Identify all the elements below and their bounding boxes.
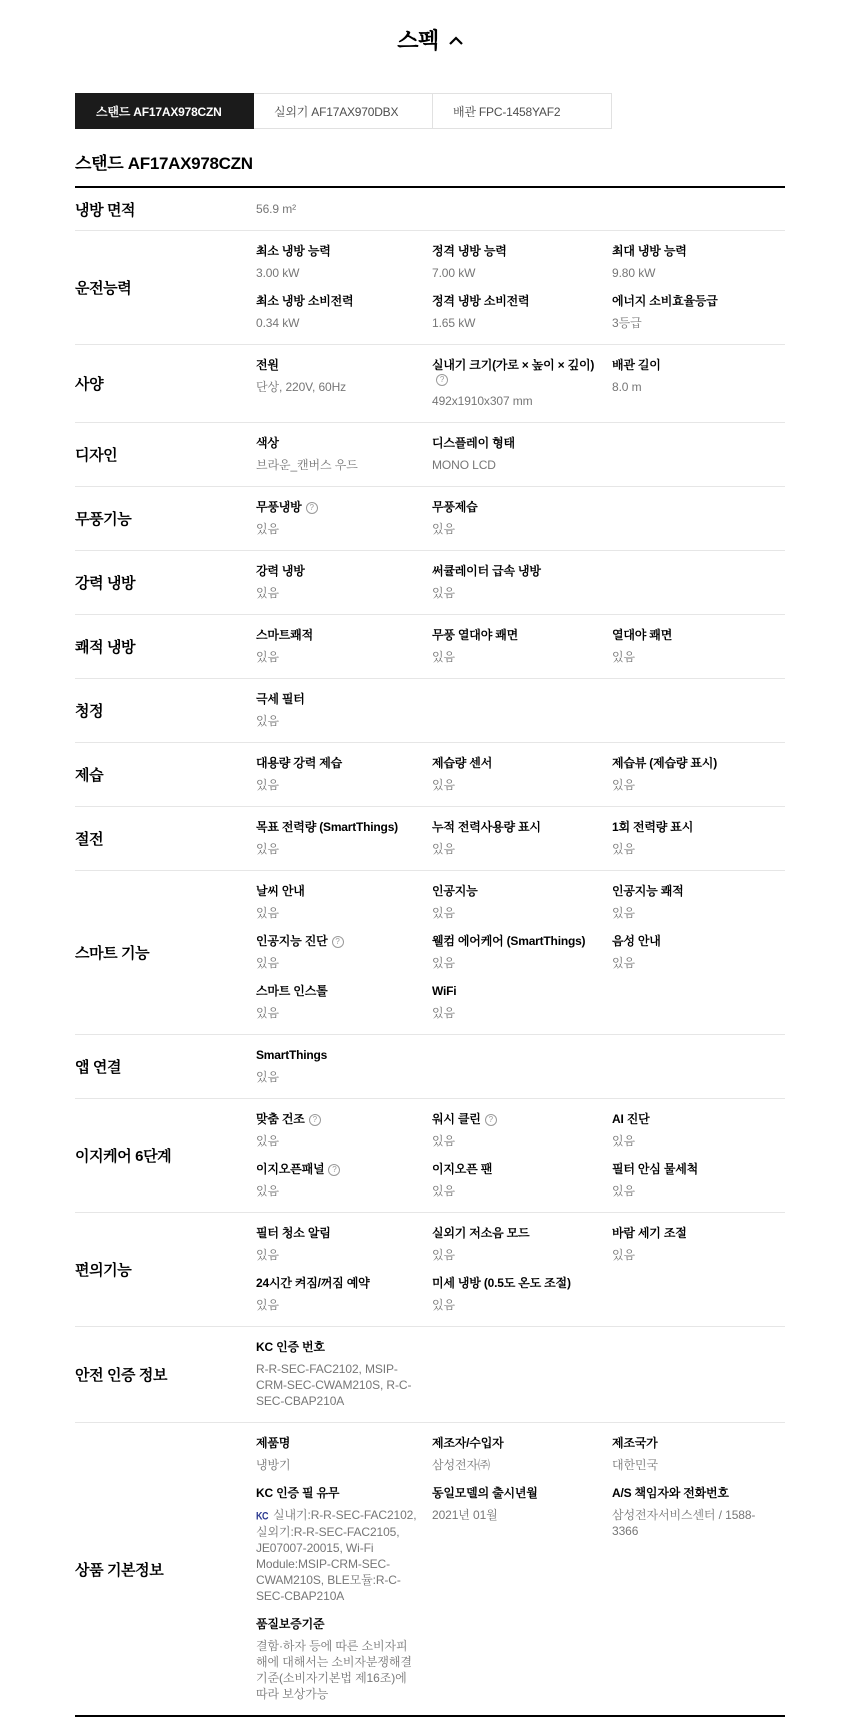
spec-cell-title-text: 대용량 강력 제습 [256, 756, 342, 770]
spec-cell-title-text: 무풍냉방 [256, 500, 302, 514]
spec-cell-title-text: KC 인증 번호 [256, 1340, 325, 1354]
spec-cell-title-text: 필터 안심 물세척 [612, 1162, 698, 1176]
spec-cell-value-text: 8.0 m [612, 380, 642, 394]
spec-row-cells: 제품명냉방기제조자/수입자삼성전자㈜제조국가대한민국KC 인증 필 유무KC실내… [256, 1432, 786, 1706]
spec-cell-title: 최대 냉방 능력 [612, 244, 772, 258]
spec-cell-title: 이지오픈 팬 [432, 1162, 598, 1176]
spec-cell-value: 1.65 kW [432, 315, 598, 331]
tab-model-0[interactable]: 스탠드 AF17AX978CZN [75, 93, 254, 129]
spec-row-cells: 필터 청소 알림있음실외기 저소음 모드있음바람 세기 조절있음24시간 켜짐/… [256, 1222, 786, 1317]
spec-cell-value: 있음 [432, 1297, 598, 1313]
spec-cell-value-text: 7.00 kW [432, 266, 475, 280]
spec-cell-value-text: 있음 [256, 1070, 279, 1084]
spec-cell-title: 24시간 켜짐/꺼짐 예약 [256, 1276, 418, 1290]
spec-cell-value-text: MONO LCD [432, 458, 496, 472]
spec-cell-value: 3.00 kW [256, 265, 418, 281]
spec-cell-value-text: 있음 [612, 650, 635, 664]
spec-cell-title-text: 정격 냉방 소비전력 [432, 294, 529, 308]
spec-cell-title-text: 제습량 센서 [432, 756, 492, 770]
spec-row-cells: 56.9 m² [256, 197, 786, 221]
spec-cell-value: 있음 [612, 777, 772, 793]
spec-row-label: 이지케어 6단계 [75, 1108, 256, 1203]
spec-cell-value: 있음 [432, 1133, 598, 1149]
spec-cell-title: AI 진단 [612, 1112, 772, 1126]
spec-cell-value-text: 결함·하자 등에 따른 소비자피해에 대해서는 소비자분쟁해결기준(소비자기본법… [256, 1639, 412, 1701]
spec-row-cells: 색상브라운_캔버스 우드디스플레이 형태MONO LCD [256, 432, 786, 477]
spec-cell-value: 있음 [256, 841, 418, 857]
spec-cell-title-text: 최소 냉방 능력 [256, 244, 331, 258]
spec-cell-title: 필터 안심 물세척 [612, 1162, 772, 1176]
spec-cell-title-text: 써큘레이터 급속 냉방 [432, 564, 541, 578]
spec-cell: 바람 세기 조절있음 [612, 1226, 786, 1263]
spec-cell-title-text: 이지오픈패널 [256, 1162, 324, 1176]
spec-cell-value: 8.0 m [612, 379, 772, 395]
spec-cell-title: 인공지능 진단? [256, 934, 418, 948]
spec-cell-title: 디스플레이 형태 [432, 436, 598, 450]
spec-row: 편의기능필터 청소 알림있음실외기 저소음 모드있음바람 세기 조절있음24시간… [75, 1213, 785, 1327]
spec-cell-title: 미세 냉방 (0.5도 온도 조절) [432, 1276, 598, 1290]
spec-cell-title-text: 목표 전력량 (SmartThings) [256, 820, 398, 834]
info-icon[interactable]: ? [436, 374, 448, 386]
spec-cell-value-text: 3등급 [612, 316, 642, 330]
spec-cell: 이지오픈패널?있음 [256, 1162, 432, 1199]
spec-cell-title: 무풍 열대야 쾌면 [432, 628, 598, 642]
spec-cell: 무풍냉방?있음 [256, 500, 432, 537]
spec-cell-title-text: 인공지능 [432, 884, 478, 898]
spec-cell-value-text: 있음 [432, 1184, 455, 1198]
page-title: 스펙 [397, 24, 439, 55]
spec-cell-value: 대한민국 [612, 1457, 772, 1473]
spec-cell-value: 있음 [256, 955, 418, 971]
spec-cell: 열대야 쾌면있음 [612, 628, 786, 665]
spec-cell-title-text: 무풍 열대야 쾌면 [432, 628, 518, 642]
spec-cell-value-text: 있음 [256, 586, 279, 600]
spec-cell: 제습량 센서있음 [432, 756, 612, 793]
spec-cell-title: 배관 길이 [612, 358, 772, 372]
spec-cell: 품질보증기준결함·하자 등에 따른 소비자피해에 대해서는 소비자분쟁해결기준(… [256, 1617, 432, 1702]
spec-cell-title: 동일모델의 출시년월 [432, 1486, 598, 1500]
spec-cell-title: 강력 냉방 [256, 564, 418, 578]
spec-cell-title: 색상 [256, 436, 418, 450]
spec-cell-title: 열대야 쾌면 [612, 628, 772, 642]
tab-label: 실외기 AF17AX970DBX [274, 103, 398, 120]
spec-cell: 미세 냉방 (0.5도 온도 조절)있음 [432, 1276, 612, 1313]
spec-cell-value-text: 있음 [256, 1134, 279, 1148]
spec-cell-value-text: 있음 [432, 586, 455, 600]
spec-cell-value: 있음 [432, 649, 598, 665]
spec-cell-title-text: 맞춤 건조 [256, 1112, 305, 1126]
spec-cell-value-text: 단상, 220V, 60Hz [256, 380, 346, 394]
spec-cell-value: 있음 [432, 905, 598, 921]
spec-cell-value-text: 3.00 kW [256, 266, 299, 280]
spec-cell: 제조자/수입자삼성전자㈜ [432, 1436, 612, 1473]
spec-cell: 스마트 인스톨있음 [256, 984, 432, 1021]
spec-cell-title: 품질보증기준 [256, 1617, 418, 1631]
spec-cell-value-text: 있음 [432, 778, 455, 792]
spec-cell: SmartThings있음 [256, 1048, 432, 1085]
spec-row: 상품 기본정보제품명냉방기제조자/수입자삼성전자㈜제조국가대한민국KC 인증 필… [75, 1423, 785, 1715]
spec-cell: 누적 전력사용량 표시있음 [432, 820, 612, 857]
info-icon[interactable]: ? [309, 1114, 321, 1126]
spec-row-cells: 맞춤 건조?있음워시 클린?있음AI 진단있음이지오픈패널?있음이지오픈 팬있음… [256, 1108, 786, 1203]
spec-cell-value: 9.80 kW [612, 265, 772, 281]
spec-cell-title-text: 24시간 켜짐/꺼짐 예약 [256, 1276, 370, 1290]
spec-cell-value-text: 있음 [256, 1248, 279, 1262]
spec-cell: 제품명냉방기 [256, 1436, 432, 1473]
spec-row: 스마트 기능날씨 안내있음인공지능있음인공지능 쾌적있음인공지능 진단?있음웰컴… [75, 871, 785, 1035]
spec-cell: 대용량 강력 제습있음 [256, 756, 432, 793]
spec-cell-title-text: 웰컴 에어케어 (SmartThings) [432, 934, 585, 948]
spec-cell-value-text: 있음 [432, 842, 455, 856]
spec-cell-value-text: 있음 [432, 522, 455, 536]
spec-cell-value: 0.34 kW [256, 315, 418, 331]
spec-cell-value: 492x1910x307 mm [432, 393, 598, 409]
spec-cell-title: KC 인증 번호 [256, 1340, 418, 1354]
spec-cell-title: 무풍냉방? [256, 500, 418, 514]
spec-row-label: 앱 연결 [75, 1044, 256, 1089]
spec-cell: 강력 냉방있음 [256, 564, 432, 601]
spec-cell-title-text: WiFi [432, 984, 456, 998]
spec-cell-value-text: 있음 [612, 1134, 635, 1148]
spec-cell-title: 필터 청소 알림 [256, 1226, 418, 1240]
spec-cell-value-text: 있음 [432, 1134, 455, 1148]
spec-cell-value: 있음 [612, 841, 772, 857]
spec-cell: 24시간 켜짐/꺼짐 예약있음 [256, 1276, 432, 1313]
kc-certification-icon: KC [256, 1506, 268, 1525]
spec-cell-value: 있음 [256, 1069, 418, 1085]
spec-cell-value: 있음 [612, 1183, 772, 1199]
spec-cell: 필터 안심 물세척있음 [612, 1162, 786, 1199]
spec-cell-title: 목표 전력량 (SmartThings) [256, 820, 418, 834]
spec-row-label: 청정 [75, 688, 256, 733]
spec-cell-value: 있음 [256, 1247, 418, 1263]
spec-cell-value-text: 있음 [256, 714, 279, 728]
spec-cell-value: 3등급 [612, 315, 772, 331]
spec-cell-title-text: 날씨 안내 [256, 884, 305, 898]
spec-cell: 웰컴 에어케어 (SmartThings)있음 [432, 934, 612, 971]
spec-row: 쾌적 냉방스마트쾌적있음무풍 열대야 쾌면있음열대야 쾌면있음 [75, 615, 785, 679]
spec-cell-value: 삼성전자서비스센터 / 1588-3366 [612, 1507, 772, 1539]
spec-cell-value-text: 있음 [432, 1248, 455, 1262]
spec-cell-title-text: 제조자/수입자 [432, 1436, 504, 1450]
spec-cell-value: 2021년 01월 [432, 1507, 598, 1523]
spec-row-cells: 스마트쾌적있음무풍 열대야 쾌면있음열대야 쾌면있음 [256, 624, 786, 669]
spec-cell-value: 있음 [432, 955, 598, 971]
spec-cell-title: SmartThings [256, 1048, 418, 1062]
spec-cell-title: 스마트쾌적 [256, 628, 418, 642]
spec-row-label: 쾌적 냉방 [75, 624, 256, 669]
spec-cell-title: 에너지 소비효율등급 [612, 294, 772, 308]
spec-row-cells: 강력 냉방있음써큘레이터 급속 냉방있음 [256, 560, 786, 605]
spec-cell-value-text: 있음 [432, 1298, 455, 1312]
spec-cell-value: 있음 [432, 585, 598, 601]
model-section-title: 스탠드 AF17AX978CZN [75, 149, 785, 174]
info-icon[interactable]: ? [332, 936, 344, 948]
spec-row: 절전목표 전력량 (SmartThings)있음누적 전력사용량 표시있음1회 … [75, 807, 785, 871]
spec-cell-title: A/S 책임자와 전화번호 [612, 1486, 772, 1500]
spec-cell-title-text: 정격 냉방 능력 [432, 244, 507, 258]
spec-row-label: 냉방 면적 [75, 197, 256, 221]
spec-row: 청정극세 필터있음 [75, 679, 785, 743]
spec-cell: 에너지 소비효율등급3등급 [612, 294, 786, 331]
spec-cell: 정격 냉방 능력7.00 kW [432, 244, 612, 281]
spec-cell-value: 있음 [256, 585, 418, 601]
spec-content: 스탠드 AF17AX978CZN실외기 AF17AX970DBX배관 FPC-1… [75, 93, 785, 1717]
spec-cell-title-text: SmartThings [256, 1048, 327, 1062]
spec-cell-value: 있음 [256, 713, 418, 729]
spec-cell-value-text: 있음 [432, 650, 455, 664]
spec-table: 냉방 면적56.9 m²운전능력최소 냉방 능력3.00 kW정격 냉방 능력7… [75, 186, 785, 1717]
chevron-up-icon[interactable] [449, 36, 463, 45]
spec-cell-value: MONO LCD [432, 457, 598, 473]
spec-cell-value: 있음 [432, 1247, 598, 1263]
spec-cell-value: 있음 [612, 1133, 772, 1149]
spec-accordion-header[interactable]: 스펙 [0, 0, 860, 55]
spec-cell-title: 제습뷰 (제습량 표시) [612, 756, 772, 770]
spec-row-label: 제습 [75, 752, 256, 797]
spec-cell-title-text: 필터 청소 알림 [256, 1226, 331, 1240]
spec-cell-title-text: 강력 냉방 [256, 564, 305, 578]
spec-row-cells: SmartThings있음 [256, 1044, 786, 1089]
spec-cell-value: 있음 [256, 649, 418, 665]
spec-cell: 제조국가대한민국 [612, 1436, 786, 1473]
spec-cell-value: 있음 [256, 521, 418, 537]
spec-cell: 최소 냉방 소비전력0.34 kW [256, 294, 432, 331]
spec-cell-title-text: 동일모델의 출시년월 [432, 1486, 538, 1500]
spec-cell-title: 최소 냉방 소비전력 [256, 294, 418, 308]
spec-cell-title: 써큘레이터 급속 냉방 [432, 564, 598, 578]
spec-cell: 극세 필터있음 [256, 692, 432, 729]
spec-cell: 56.9 m² [256, 201, 432, 217]
spec-cell-value-text: 삼성전자㈜ [432, 1458, 490, 1472]
spec-cell-value: 7.00 kW [432, 265, 598, 281]
spec-cell-value-text: 있음 [612, 1184, 635, 1198]
spec-cell-title: 무풍제습 [432, 500, 598, 514]
spec-row-label: 디자인 [75, 432, 256, 477]
spec-cell-value-text: 있음 [256, 1006, 279, 1020]
spec-cell-title: 극세 필터 [256, 692, 418, 706]
spec-cell-title: 스마트 인스톨 [256, 984, 418, 998]
spec-cell-title-text: 인공지능 쾌적 [612, 884, 684, 898]
spec-cell-title: 워시 클린? [432, 1112, 598, 1126]
spec-cell: 인공지능있음 [432, 884, 612, 921]
info-icon[interactable]: ? [485, 1114, 497, 1126]
spec-cell-title: 전원 [256, 358, 418, 372]
spec-row-label: 스마트 기능 [75, 880, 256, 1025]
spec-cell-value: 있음 [256, 1005, 418, 1021]
spec-row-cells: KC 인증 번호R-R-SEC-FAC2102, MSIP-CRM-SEC-CW… [256, 1336, 786, 1413]
spec-row-cells: 무풍냉방?있음무풍제습있음 [256, 496, 786, 541]
spec-cell-value-text: 1.65 kW [432, 316, 475, 330]
spec-row-label: 강력 냉방 [75, 560, 256, 605]
spec-cell-title: 최소 냉방 능력 [256, 244, 418, 258]
spec-cell-value-text: 있음 [256, 1184, 279, 1198]
spec-cell-title-text: 이지오픈 팬 [432, 1162, 492, 1176]
spec-row-cells: 대용량 강력 제습있음제습량 센서있음제습뷰 (제습량 표시)있음 [256, 752, 786, 797]
spec-cell-value: 있음 [432, 1005, 598, 1021]
spec-cell-title: WiFi [432, 984, 598, 998]
spec-cell: 인공지능 쾌적있음 [612, 884, 786, 921]
spec-cell-title: KC 인증 필 유무 [256, 1486, 418, 1500]
spec-row: 제습대용량 강력 제습있음제습량 센서있음제습뷰 (제습량 표시)있음 [75, 743, 785, 807]
spec-cell-title-text: 실외기 저소음 모드 [432, 1226, 529, 1240]
spec-cell-title-text: 누적 전력사용량 표시 [432, 820, 541, 834]
spec-row: 운전능력최소 냉방 능력3.00 kW정격 냉방 능력7.00 kW최대 냉방 … [75, 231, 785, 345]
spec-cell-title: 날씨 안내 [256, 884, 418, 898]
spec-cell-value: 있음 [612, 905, 772, 921]
spec-cell-value: 있음 [432, 841, 598, 857]
spec-cell-title: 누적 전력사용량 표시 [432, 820, 598, 834]
spec-cell-title-text: 열대야 쾌면 [612, 628, 672, 642]
spec-cell-title-text: 전원 [256, 358, 279, 372]
spec-cell-value-text: 있음 [256, 778, 279, 792]
spec-cell: 색상브라운_캔버스 우드 [256, 436, 432, 473]
spec-cell-value: 있음 [256, 1297, 418, 1313]
spec-cell-value: 있음 [612, 955, 772, 971]
spec-cell: 써큘레이터 급속 냉방있음 [432, 564, 612, 601]
spec-cell-value-text: 있음 [256, 956, 279, 970]
spec-cell-title: 인공지능 [432, 884, 598, 898]
spec-cell: 무풍 열대야 쾌면있음 [432, 628, 612, 665]
spec-cell-value-text: 삼성전자서비스센터 / 1588-3366 [612, 1508, 755, 1538]
spec-row-label: 사양 [75, 354, 256, 413]
tab-model-1[interactable]: 실외기 AF17AX970DBX [254, 93, 433, 129]
spec-cell: 무풍제습있음 [432, 500, 612, 537]
spec-cell-value-text: 대한민국 [612, 1458, 658, 1472]
spec-cell-title-text: 디스플레이 형태 [432, 436, 515, 450]
model-tab-bar: 스탠드 AF17AX978CZN실외기 AF17AX970DBX배관 FPC-1… [75, 93, 785, 129]
tab-label: 배관 FPC-1458YAF2 [453, 103, 560, 120]
spec-cell-value: 있음 [256, 1133, 418, 1149]
spec-cell-value: 있음 [256, 905, 418, 921]
info-icon[interactable]: ? [328, 1164, 340, 1176]
spec-cell: A/S 책임자와 전화번호삼성전자서비스센터 / 1588-3366 [612, 1486, 786, 1604]
spec-cell-title: 바람 세기 조절 [612, 1226, 772, 1240]
spec-cell-value: 냉방기 [256, 1457, 418, 1473]
spec-row-cells: 전원단상, 220V, 60Hz실내기 크기(가로 × 높이 × 깊이)?492… [256, 354, 786, 413]
spec-cell-title-text: 인공지능 진단 [256, 934, 328, 948]
spec-cell-value-text: 492x1910x307 mm [432, 394, 533, 408]
spec-cell: 정격 냉방 소비전력1.65 kW [432, 294, 612, 331]
spec-cell-value: 56.9 m² [256, 201, 418, 217]
spec-cell-value-text: 있음 [432, 1006, 455, 1020]
info-icon[interactable]: ? [306, 502, 318, 514]
spec-row: 냉방 면적56.9 m² [75, 188, 785, 231]
spec-cell-value-text: 있음 [256, 906, 279, 920]
spec-cell-value-text: 2021년 01월 [432, 1508, 498, 1522]
spec-cell: 맞춤 건조?있음 [256, 1112, 432, 1149]
spec-row: 안전 인증 정보KC 인증 번호R-R-SEC-FAC2102, MSIP-CR… [75, 1327, 785, 1423]
tab-model-2[interactable]: 배관 FPC-1458YAF2 [433, 93, 612, 129]
spec-cell-title-text: 최대 냉방 능력 [612, 244, 687, 258]
spec-cell-title: 1회 전력량 표시 [612, 820, 772, 834]
spec-row-cells: 목표 전력량 (SmartThings)있음누적 전력사용량 표시있음1회 전력… [256, 816, 786, 861]
spec-cell-value: 있음 [256, 777, 418, 793]
spec-row-label: 안전 인증 정보 [75, 1336, 256, 1413]
spec-cell: 워시 클린?있음 [432, 1112, 612, 1149]
spec-cell-title-text: 미세 냉방 (0.5도 온도 조절) [432, 1276, 571, 1290]
spec-row: 이지케어 6단계맞춤 건조?있음워시 클린?있음AI 진단있음이지오픈패널?있음… [75, 1099, 785, 1213]
spec-cell-value-text: 있음 [612, 906, 635, 920]
spec-cell-value: 삼성전자㈜ [432, 1457, 598, 1473]
spec-row-cells: 극세 필터있음 [256, 688, 786, 733]
spec-cell: KC 인증 번호R-R-SEC-FAC2102, MSIP-CRM-SEC-CW… [256, 1340, 432, 1409]
spec-row: 무풍기능무풍냉방?있음무풍제습있음 [75, 487, 785, 551]
spec-cell-value-text: 있음 [432, 956, 455, 970]
spec-row: 디자인색상브라운_캔버스 우드디스플레이 형태MONO LCD [75, 423, 785, 487]
spec-row-label: 상품 기본정보 [75, 1432, 256, 1706]
spec-cell-title-text: 극세 필터 [256, 692, 305, 706]
spec-cell-value: 있음 [432, 521, 598, 537]
spec-cell: 목표 전력량 (SmartThings)있음 [256, 820, 432, 857]
spec-cell: 필터 청소 알림있음 [256, 1226, 432, 1263]
spec-row-label: 편의기능 [75, 1222, 256, 1317]
spec-cell-value-text: 있음 [432, 906, 455, 920]
spec-cell-title: 실내기 크기(가로 × 높이 × 깊이)? [432, 358, 598, 386]
spec-cell-title-text: 무풍제습 [432, 500, 478, 514]
spec-cell-title-text: 품질보증기준 [256, 1617, 324, 1631]
spec-cell-title-text: 실내기 크기(가로 × 높이 × 깊이) [432, 358, 594, 372]
spec-cell-title: 대용량 강력 제습 [256, 756, 418, 770]
tab-label: 스탠드 AF17AX978CZN [96, 103, 222, 120]
spec-cell-value: R-R-SEC-FAC2102, MSIP-CRM-SEC-CWAM210S, … [256, 1361, 418, 1409]
spec-cell-title: 정격 냉방 소비전력 [432, 294, 598, 308]
spec-cell-title-text: 색상 [256, 436, 279, 450]
spec-cell-title-text: KC 인증 필 유무 [256, 1486, 339, 1500]
spec-row-label: 무풍기능 [75, 496, 256, 541]
spec-cell-title: 웰컴 에어케어 (SmartThings) [432, 934, 598, 948]
spec-cell: 이지오픈 팬있음 [432, 1162, 612, 1199]
spec-cell: 음성 안내있음 [612, 934, 786, 971]
spec-row: 사양전원단상, 220V, 60Hz실내기 크기(가로 × 높이 × 깊이)?4… [75, 345, 785, 423]
spec-cell-title-text: 음성 안내 [612, 934, 661, 948]
spec-cell-value-text: 실내기:R-R-SEC-FAC2102, 실외기:R-R-SEC-FAC2105… [256, 1508, 416, 1603]
spec-row: 앱 연결SmartThings있음 [75, 1035, 785, 1099]
spec-cell-title-text: 제습뷰 (제습량 표시) [612, 756, 717, 770]
spec-cell-value: 있음 [432, 1183, 598, 1199]
spec-cell-value: 결함·하자 등에 따른 소비자피해에 대해서는 소비자분쟁해결기준(소비자기본법… [256, 1638, 418, 1702]
spec-cell-value-text: 있음 [612, 842, 635, 856]
spec-cell-title-text: 최소 냉방 소비전력 [256, 294, 353, 308]
spec-cell-title-text: 배관 길이 [612, 358, 661, 372]
spec-cell-value: 단상, 220V, 60Hz [256, 379, 418, 395]
spec-cell-value-text: R-R-SEC-FAC2102, MSIP-CRM-SEC-CWAM210S, … [256, 1362, 411, 1408]
spec-cell: 전원단상, 220V, 60Hz [256, 358, 432, 409]
spec-cell-value-text: 브라운_캔버스 우드 [256, 458, 358, 472]
spec-cell: 최소 냉방 능력3.00 kW [256, 244, 432, 281]
spec-cell: 최대 냉방 능력9.80 kW [612, 244, 786, 281]
spec-cell-title-text: 바람 세기 조절 [612, 1226, 687, 1240]
spec-cell-value-text: 있음 [256, 842, 279, 856]
spec-cell-value: 있음 [432, 777, 598, 793]
spec-cell-title-text: 제조국가 [612, 1436, 658, 1450]
spec-row-label: 운전능력 [75, 240, 256, 335]
spec-cell-value-text: 0.34 kW [256, 316, 299, 330]
spec-cell-value-text: 있음 [612, 1248, 635, 1262]
spec-cell-value-text: 있음 [256, 1298, 279, 1312]
spec-cell-value: 브라운_캔버스 우드 [256, 457, 418, 473]
spec-cell-value: KC실내기:R-R-SEC-FAC2102, 실외기:R-R-SEC-FAC21… [256, 1507, 418, 1604]
spec-cell: 인공지능 진단?있음 [256, 934, 432, 971]
spec-cell-title: 이지오픈패널? [256, 1162, 418, 1176]
spec-row: 강력 냉방강력 냉방있음써큘레이터 급속 냉방있음 [75, 551, 785, 615]
spec-cell: 날씨 안내있음 [256, 884, 432, 921]
spec-row-cells: 날씨 안내있음인공지능있음인공지능 쾌적있음인공지능 진단?있음웰컴 에어케어 … [256, 880, 786, 1025]
spec-cell-value-text: 있음 [612, 778, 635, 792]
spec-cell-title-text: 스마트쾌적 [256, 628, 313, 642]
spec-cell: 스마트쾌적있음 [256, 628, 432, 665]
spec-cell: WiFi있음 [432, 984, 612, 1021]
